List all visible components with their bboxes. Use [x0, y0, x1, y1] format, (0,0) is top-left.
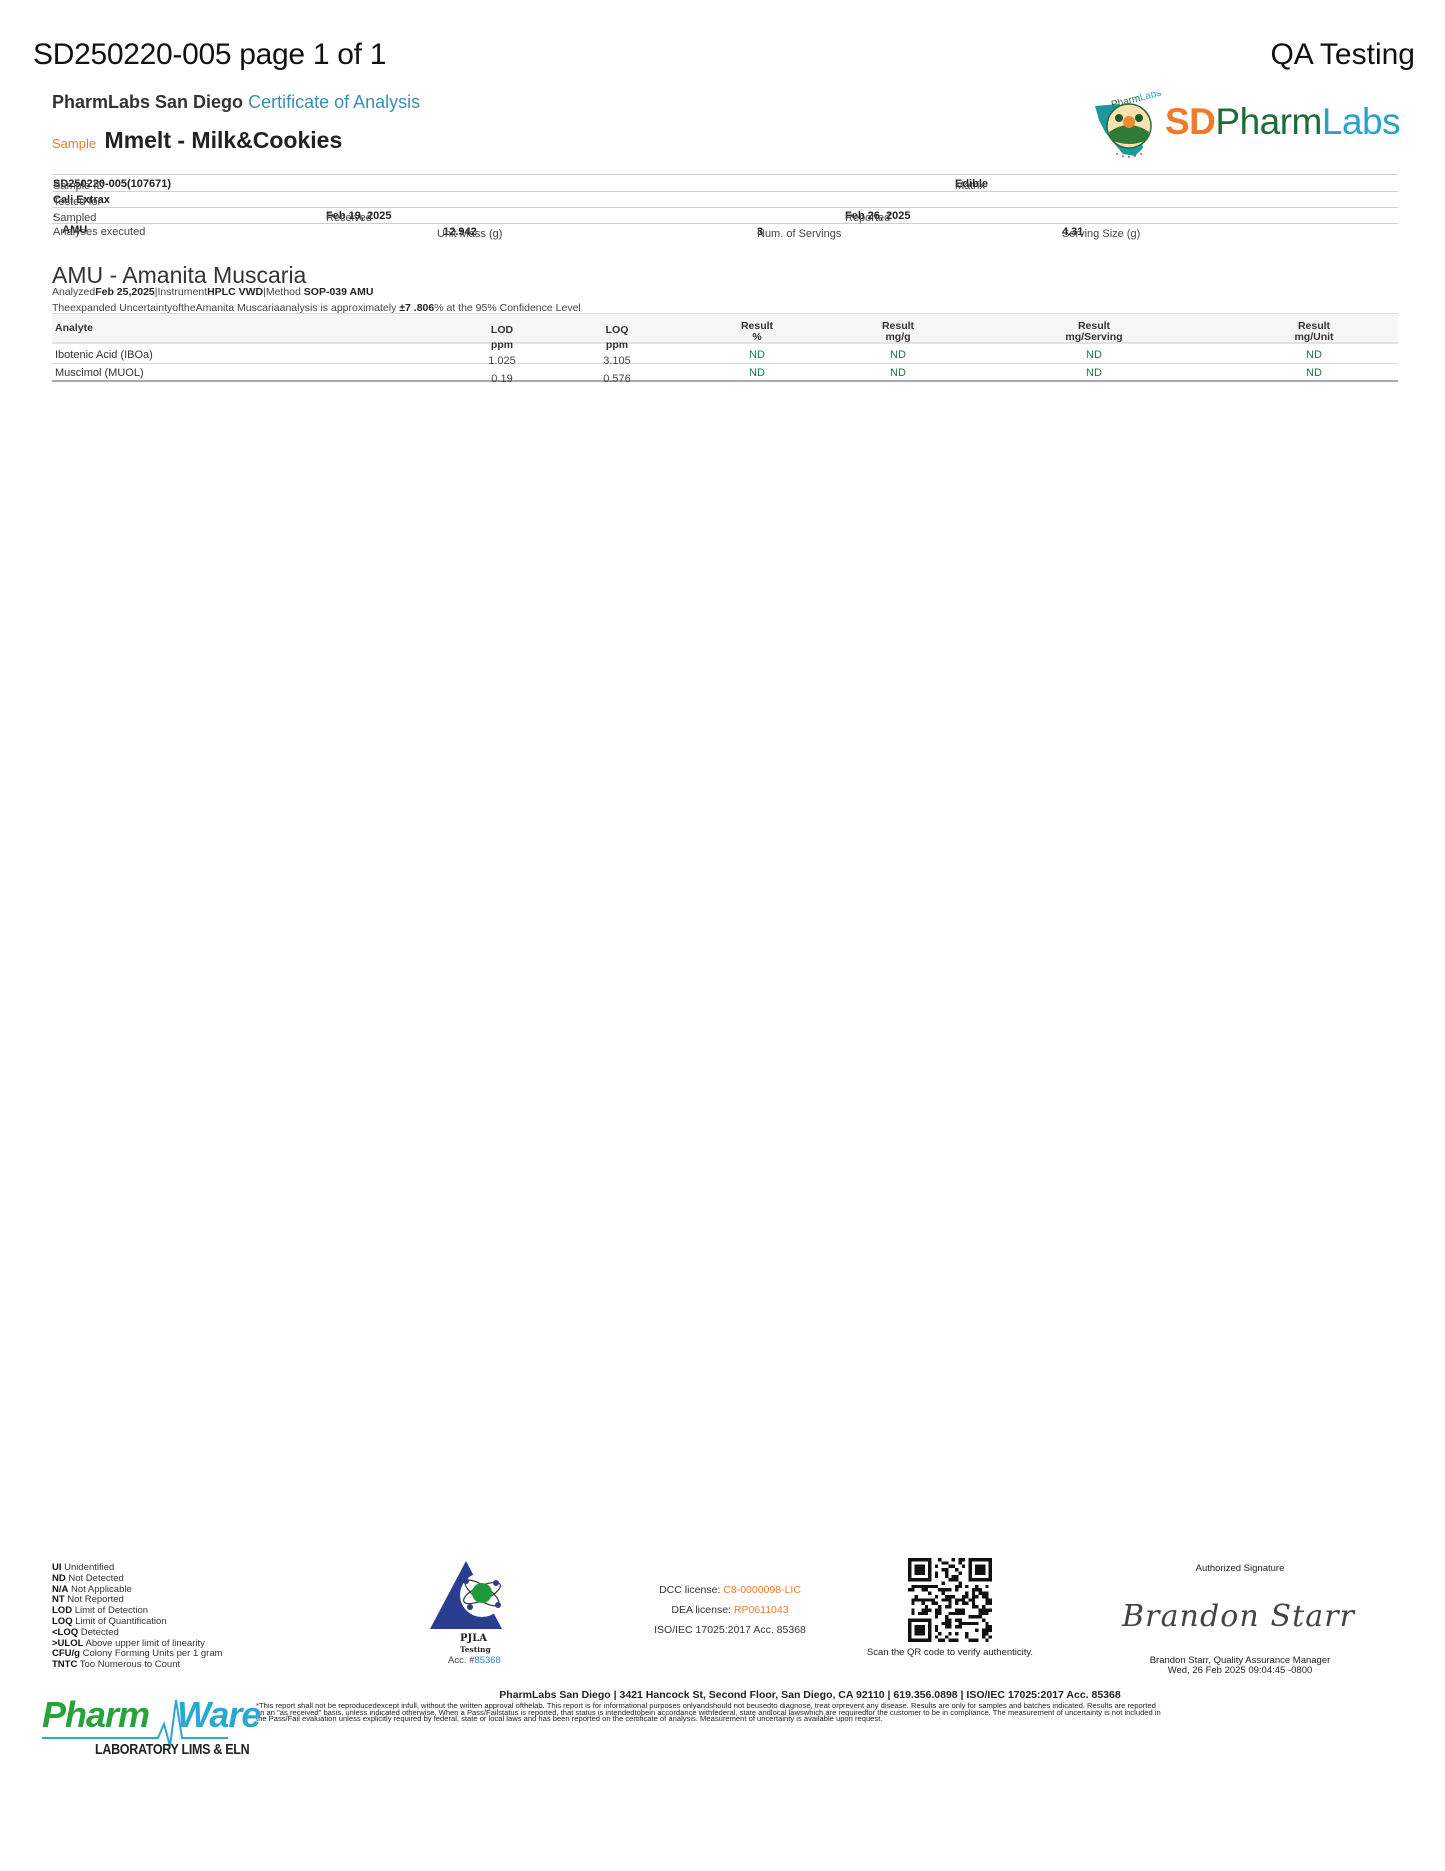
info-row-sample-id: Sample ID SD250220-005(107671) Matrix Ed… [52, 176, 1398, 192]
analyses-executed-field: Analyses executed AMU [53, 224, 87, 236]
logo-labs: Labs [1322, 101, 1400, 142]
analyte-name: Muscimol (MUOL) [55, 367, 144, 379]
disclaimer: *This report shall not be reproducedexce… [256, 1703, 1371, 1723]
qa-testing-label: QA Testing [1270, 38, 1415, 72]
unit-mass-field: Unit Mass (g) 12.942 [437, 226, 477, 238]
sample-name: Mmelt - Milk&Cookies [105, 127, 343, 153]
col-header-result-mg-serving: Resultmg/Serving [1034, 321, 1154, 343]
result-pct: ND [749, 349, 765, 361]
info-row-tested-for: Tested for Cali Extrax [52, 192, 1398, 208]
table-row: Muscimol (MUOL) 0.19 0.576 ND ND ND ND [52, 364, 1398, 382]
legend-item: TNTC Too Numerous to Count [52, 1660, 223, 1671]
result-mg-g: ND [890, 367, 906, 379]
iso-accreditation: ISO/IEC 17025:2017 Acc. 85368 [620, 1620, 840, 1640]
divider [52, 174, 1398, 175]
signature-timestamp: Wed, 26 Feb 2025 09:04:45 -0800 [1120, 1666, 1360, 1676]
received-field: Received Feb 19, 2025 [326, 210, 391, 222]
result-mg-serving: ND [1086, 367, 1102, 379]
result-pct: ND [749, 367, 765, 379]
signature-label: Authorized Signature [1180, 1563, 1300, 1574]
result-mg-g: ND [890, 349, 906, 361]
result-mg-unit: ND [1306, 349, 1322, 361]
analyte-name: Ibotenic Acid (IBOa) [55, 349, 153, 361]
sample-label: Sample [52, 136, 96, 151]
matrix-field: Matrix Edible [955, 178, 988, 190]
table-row: Ibotenic Acid (IBOa) 1.025 3.105 ND ND N… [52, 346, 1398, 364]
loq-value: 0.576 [603, 373, 631, 385]
lab-name: PharmLabs San Diego [52, 92, 243, 112]
col-header-result-mg-unit: Resultmg/Unit [1264, 321, 1364, 343]
document-type: Certificate of Analysis [248, 92, 420, 112]
pharmware-wordmark: PharmWare [42, 1694, 260, 1736]
sample-title-line: Sample Mmelt - Milk&Cookies [52, 127, 342, 154]
col-header-result-mg-g: Resultmg/g [858, 321, 938, 343]
lab-title-line: PharmLabs San Diego Certificate of Analy… [52, 92, 420, 113]
result-mg-unit: ND [1306, 367, 1322, 379]
pjla-sub: Testing [460, 1645, 491, 1654]
pjla-accreditation-number: Acc. #85368 [448, 1655, 501, 1666]
serving-size-field: Serving Size (g) 4.31 [1062, 226, 1083, 238]
sample-id-field: Sample ID SD250220-005(107671) [53, 178, 171, 190]
lod-value: 0.19 [491, 373, 512, 385]
logo-pharm: Pharm [1215, 101, 1321, 142]
section-title: AMU - Amanita Muscaria [52, 262, 306, 289]
qr-caption: Scan the QR code to verify authenticity. [850, 1647, 1050, 1658]
pjla-name: PJLA [460, 1633, 487, 1644]
col-header-result-pct: Result% [717, 321, 797, 343]
pharmware-tagline: LABORATORY LIMS & ELN [95, 1741, 249, 1758]
document-page-title: SD250220-005 page 1 of 1 [33, 38, 386, 72]
svg-text:Brandon Starr: Brandon Starr [1121, 1599, 1356, 1634]
info-row-dates: Sampled - Received Feb 19, 2025 Reported… [52, 208, 1398, 224]
dcc-license: DCC license: C8-0000098-LIC [620, 1580, 840, 1600]
logo-sd: SD [1165, 101, 1215, 142]
signature-image: Brandon Starr [1118, 1590, 1363, 1640]
reported-field: Reported Feb 26, 2025 [845, 210, 910, 222]
qr-code-icon[interactable] [908, 1558, 992, 1642]
tested-for-field: Tested for Cali Extrax [53, 194, 110, 206]
col-header-analyte: Analyte [55, 323, 93, 334]
table-header: Analyte LODppm LOQppm Result% Resultmg/g… [52, 313, 1398, 344]
servings-field: Num. of Servings 3 [757, 226, 763, 238]
disclaimer-line: the Pass/Fail evaluation unless explicit… [256, 1716, 1371, 1723]
info-row-analyses: Analyses executed AMU Unit Mass (g) 12.9… [52, 224, 1398, 240]
section-meta: AnalyzedFeb 25,2025|InstrumentHPLC VWD|M… [52, 286, 373, 298]
lab-address: PharmLabs San Diego | 3421 Hancock St, S… [250, 1689, 1370, 1701]
dea-license: DEA license: RP0611043 [620, 1600, 840, 1620]
abbreviation-legend: UI UnidentifiedND Not DetectedN/A Not Ap… [52, 1563, 223, 1671]
signatory: Brandon Starr, Quality Assurance Manager… [1120, 1656, 1360, 1676]
license-block: DCC license: C8-0000098-LIC DEA license:… [620, 1580, 840, 1640]
result-mg-serving: ND [1086, 349, 1102, 361]
sampled-field: Sampled - [53, 210, 57, 222]
sdpharmlabs-wordmark: SDPharmLabs [1165, 101, 1400, 143]
legend-item: ND Not Detected [52, 1574, 223, 1585]
